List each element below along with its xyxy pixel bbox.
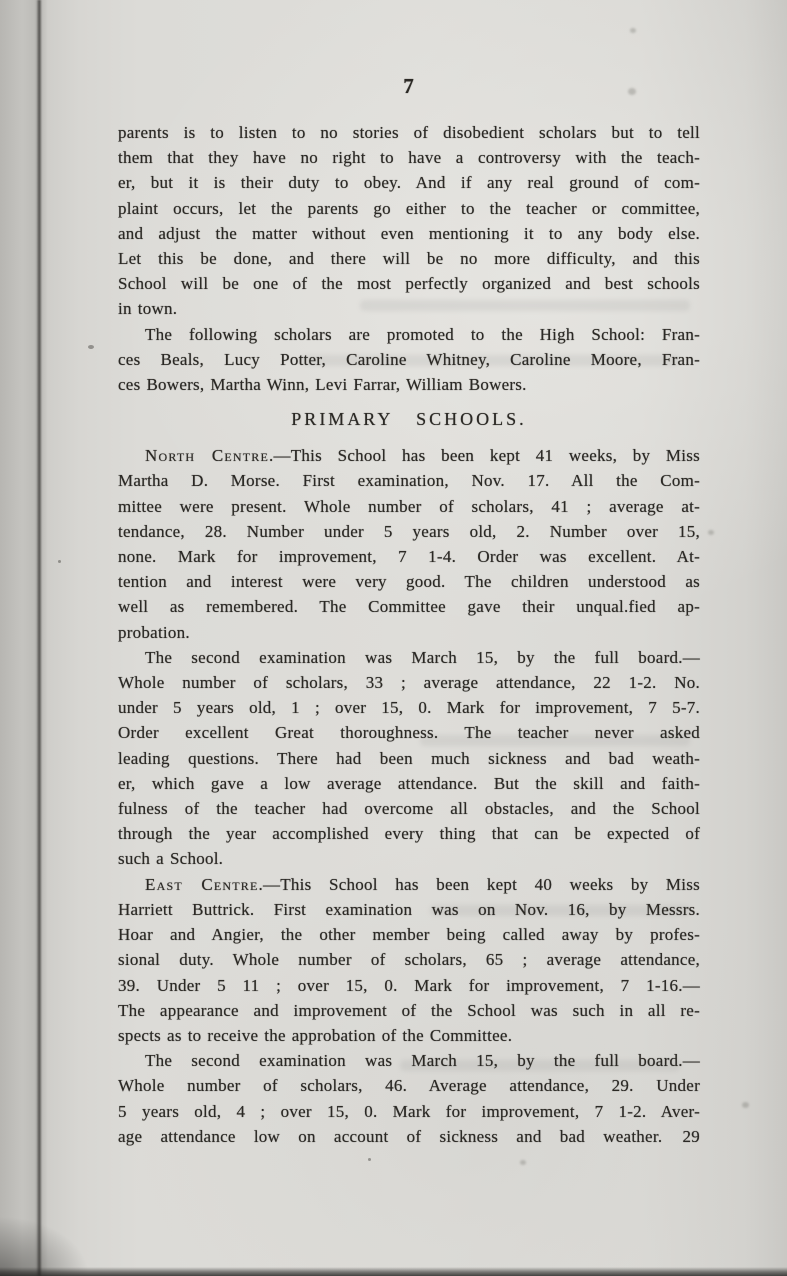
text-line: Whole number of scholars, 33 ; average a… xyxy=(118,670,700,695)
text-line: The appearance and improvement of the Sc… xyxy=(118,998,700,1023)
text-line: such a School. xyxy=(118,846,700,871)
scan-bottom-edge xyxy=(0,1267,787,1276)
gutter-shadow xyxy=(0,0,36,1276)
page-content: parents is to listen to no stories of di… xyxy=(118,120,700,1149)
paper-smudge xyxy=(520,1160,526,1165)
paper-smudge xyxy=(742,1102,749,1108)
text-line: spects as to receive the approbation of … xyxy=(118,1023,700,1048)
text-line: them that they have no right to have a c… xyxy=(118,145,700,170)
school-name-smallcaps: East Centre xyxy=(145,875,259,894)
paper-speck xyxy=(88,345,94,349)
text-line: through the year accomplished every thin… xyxy=(118,821,700,846)
text-line: Harriett Buttrick. First examination was… xyxy=(118,897,700,922)
paper-speck xyxy=(58,560,61,563)
text-line: The following scholars are promoted to t… xyxy=(118,322,700,347)
text-line: Hoar and Angier, the other member being … xyxy=(118,922,700,947)
text-line: North Centre.—This School has been kept … xyxy=(118,443,700,468)
text-line: Let this be done, and there will be no m… xyxy=(118,246,700,271)
text-line: leading questions. There had been much s… xyxy=(118,746,700,771)
text-line: none. Mark for improvement, 7 1-4. Order… xyxy=(118,544,700,569)
paragraph: East Centre.—This School has been kept 4… xyxy=(118,872,700,1048)
text-line: 39. Under 5 11 ; over 15, 0. Mark for im… xyxy=(118,973,700,998)
paper-smudge xyxy=(708,530,714,535)
text-line: plaint occurs, let the parents go either… xyxy=(118,196,700,221)
text-line: tendance, 28. Number under 5 years old, … xyxy=(118,519,700,544)
text-line: School will be one of the most perfectly… xyxy=(118,271,700,296)
text-line: well as remembered. The Committee gave t… xyxy=(118,594,700,619)
text-line: The second examination was March 15, by … xyxy=(118,1048,700,1073)
paragraph: parents is to listen to no stories of di… xyxy=(118,120,700,322)
text-line: mittee were present. Whole number of sch… xyxy=(118,494,700,519)
book-gutter-crease xyxy=(36,0,42,1276)
text-line: in town. xyxy=(118,296,700,321)
school-name-smallcaps: North Centre xyxy=(145,446,269,465)
text-line: Whole number of scholars, 46. Average at… xyxy=(118,1073,700,1098)
text-line: fulness of the teacher had overcome all … xyxy=(118,796,700,821)
page-number: 7 xyxy=(118,74,700,99)
text-line: age attendance low on account of sicknes… xyxy=(118,1124,700,1149)
text-line: and adjust the matter without even menti… xyxy=(118,221,700,246)
scan-corner-shadow xyxy=(0,1216,90,1276)
paragraph: The second examination was March 15, by … xyxy=(118,1048,700,1149)
text-line: er, but it is their duty to obey. And if… xyxy=(118,170,700,195)
paper-speck xyxy=(368,1158,371,1161)
text-line: tention and interest were very good. The… xyxy=(118,569,700,594)
text-line: ces Bowers, Martha Winn, Levi Farrar, Wi… xyxy=(118,372,700,397)
text-line: Order excellent Great thoroughness. The … xyxy=(118,720,700,745)
paragraph: The following scholars are promoted to t… xyxy=(118,322,700,398)
text-line: sional duty. Whole number of scholars, 6… xyxy=(118,947,700,972)
scanned-book-page: 7 parents is to listen to no stories of … xyxy=(0,0,787,1276)
text-line: The second examination was March 15, by … xyxy=(118,645,700,670)
paper-smudge xyxy=(630,28,636,33)
section-heading: PRIMARY SCHOOLS. xyxy=(118,409,700,430)
signature-number: 29 xyxy=(681,1127,701,1146)
paragraph: The second examination was March 15, by … xyxy=(118,645,700,872)
text-line: Martha D. Morse. First examination, Nov.… xyxy=(118,468,700,493)
text-line: under 5 years old, 1 ; over 15, 0. Mark … xyxy=(118,695,700,720)
text-line: er, which gave a low average attendance.… xyxy=(118,771,700,796)
text-line: 5 years old, 4 ; over 15, 0. Mark for im… xyxy=(118,1099,700,1124)
text-line: parents is to listen to no stories of di… xyxy=(118,120,700,145)
text-line: probation. xyxy=(118,620,700,645)
text-line: East Centre.—This School has been kept 4… xyxy=(118,872,700,897)
text-line: ces Beals, Lucy Potter, Caroline Whitney… xyxy=(118,347,700,372)
paragraph: North Centre.—This School has been kept … xyxy=(118,443,700,645)
